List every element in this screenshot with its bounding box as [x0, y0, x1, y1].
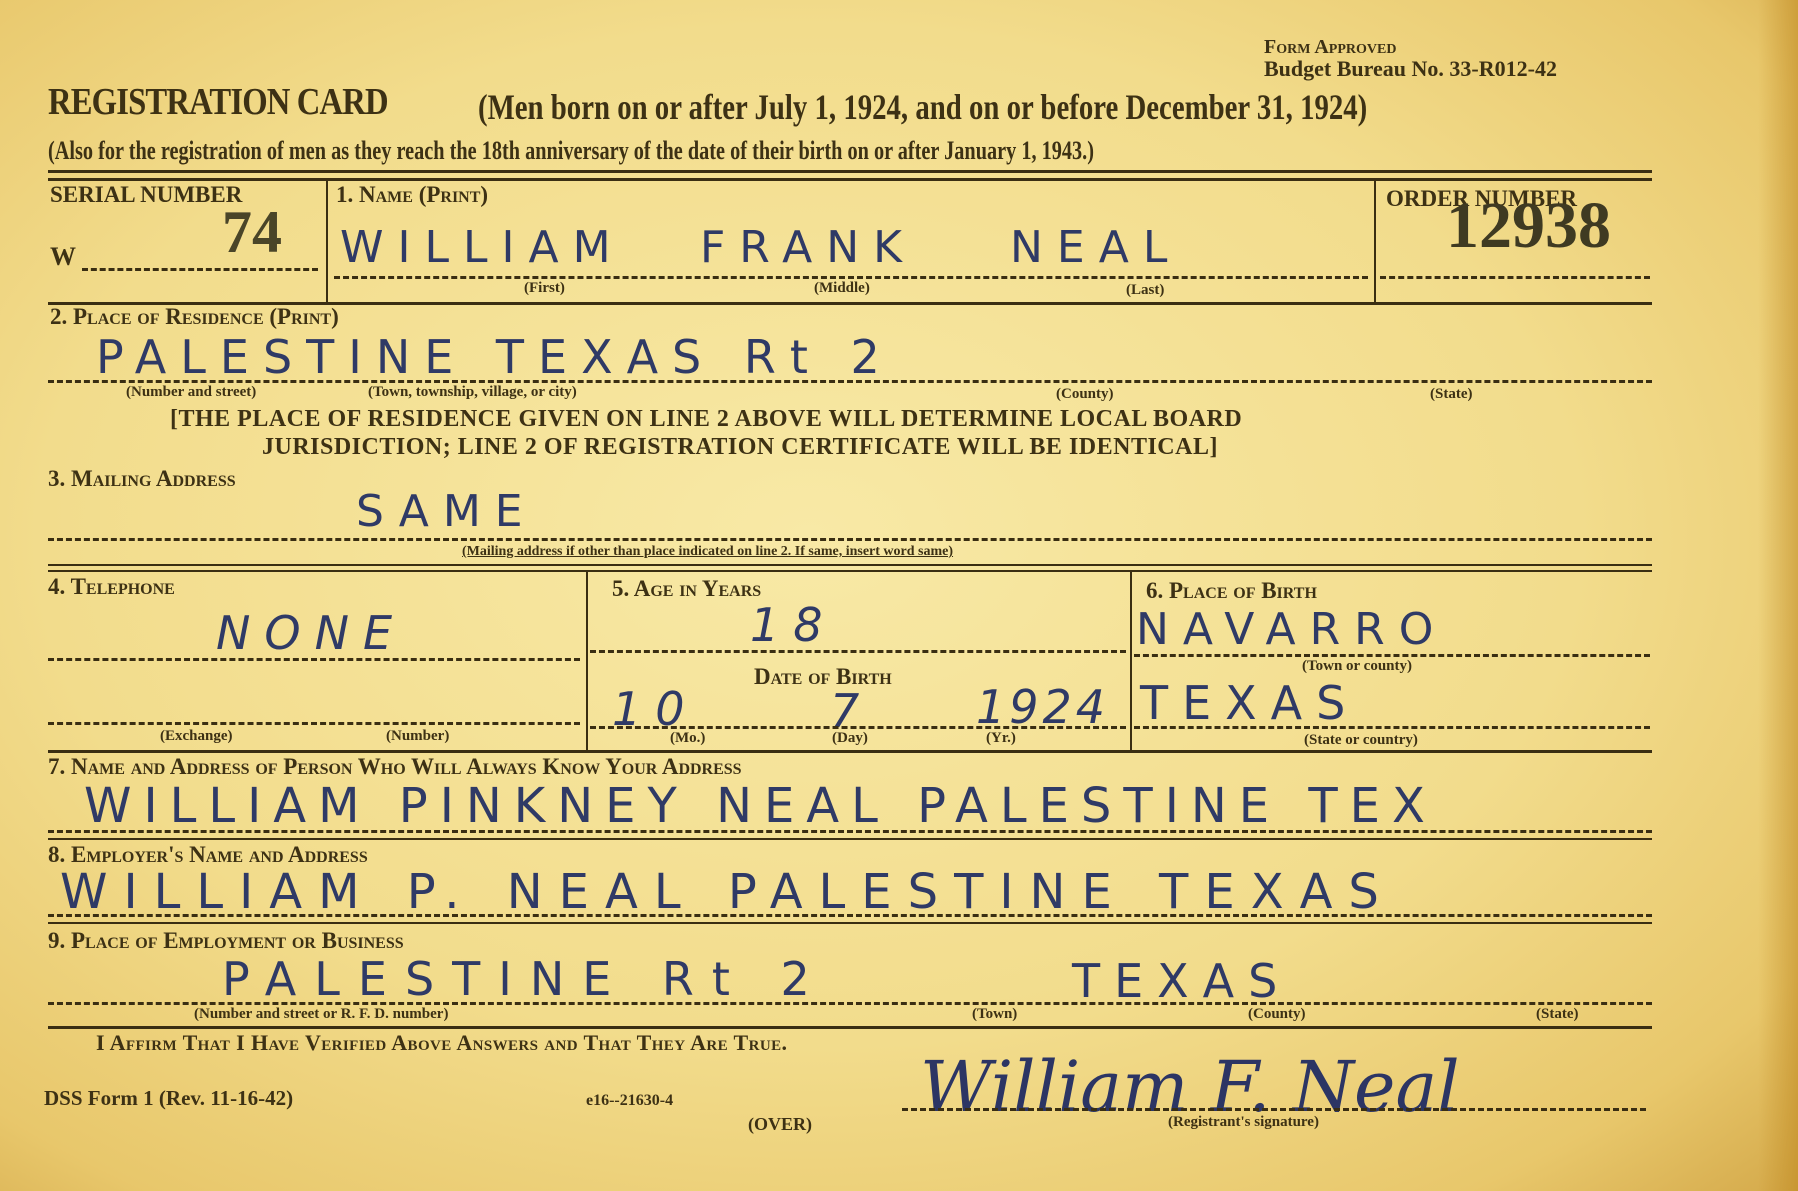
rule [48, 922, 1652, 924]
divider [1130, 572, 1132, 750]
name-label: 1. Name (Print) [336, 182, 488, 208]
telephone-line-2 [48, 722, 580, 725]
mailing-line [48, 538, 1652, 541]
serial-line [82, 268, 318, 271]
employment-place-label: 9. Place of Employment or Business [48, 928, 404, 954]
name-last-caption: (Last) [1126, 282, 1164, 299]
affirmation-text: I Affirm That I Have Verified Above Answ… [96, 1030, 787, 1056]
mailing-address-caption: (Mailing address if other than place ind… [462, 544, 953, 560]
employment-line [48, 1002, 1652, 1005]
rule [48, 570, 1652, 572]
eligibility-text: (Men born on or after July 1, 1924, and … [478, 86, 1367, 128]
name-first-value: WILLIAM [340, 222, 625, 273]
birth-town-line [1134, 654, 1650, 657]
birth-state-caption: (State or country) [1304, 732, 1418, 749]
budget-bureau-number: Budget Bureau No. 33-R012-42 [1264, 56, 1557, 82]
contact-person-label: 7. Name and Address of Person Who Will A… [48, 754, 742, 780]
name-last-value: NEAL [1010, 222, 1181, 273]
residence-label: 2. Place of Residence (Print) [50, 304, 339, 330]
divider [586, 572, 588, 750]
contact-line [48, 830, 1652, 833]
print-code: e16--21630-4 [586, 1092, 673, 1110]
residence-line [48, 380, 1652, 383]
residence-value: PALESTINE TEXAS Rt 2 [96, 330, 894, 384]
name-line [334, 276, 1368, 279]
dob-line [590, 726, 1126, 729]
dob-year-caption: (Yr.) [986, 730, 1016, 747]
serial-prefix: W [50, 242, 76, 272]
divider [1374, 178, 1376, 302]
card-title: REGISTRATION CARD [48, 80, 388, 124]
dob-month-caption: (Mo.) [670, 730, 705, 747]
employment-street-value: PALESTINE Rt 2 [222, 952, 828, 1006]
employment-state-caption: (State) [1536, 1006, 1578, 1023]
residence-town-caption: (Town, township, village, or city) [368, 384, 577, 401]
signature-caption: (Registrant's signature) [1168, 1114, 1319, 1131]
employer-line [48, 914, 1652, 917]
contact-person-value: WILLIAM PINKNEY NEAL PALESTINE TEX [84, 778, 1437, 834]
residence-notice-line2: JURISDICTION; LINE 2 OF REGISTRATION CER… [262, 434, 1218, 461]
birth-state-line [1134, 726, 1650, 729]
residence-street-caption: (Number and street) [126, 384, 256, 401]
age-line [590, 650, 1126, 653]
telephone-number-caption: (Number) [386, 728, 449, 745]
telephone-exchange-caption: (Exchange) [160, 728, 233, 745]
mailing-address-value: SAME [356, 486, 537, 537]
rule [48, 1026, 1652, 1029]
telephone-label: 4. Telephone [48, 574, 175, 600]
employment-state-value: TEXAS [1072, 954, 1291, 1008]
name-first-caption: (First) [524, 280, 565, 297]
form-id: DSS Form 1 (Rev. 11-16-42) [44, 1086, 293, 1111]
divider [326, 178, 328, 302]
rule [48, 170, 1652, 173]
telephone-value: NONE [216, 606, 406, 660]
employment-county-caption: (County) [1248, 1006, 1306, 1023]
rule [48, 564, 1652, 566]
telephone-line [48, 658, 580, 661]
age-label: 5. Age in Years [612, 576, 761, 602]
residence-county-caption: (County) [1056, 386, 1114, 403]
birth-town-caption: (Town or county) [1302, 658, 1412, 675]
also-for-text: (Also for the registration of men as the… [48, 136, 1094, 166]
employment-town-caption: (Town) [972, 1006, 1017, 1023]
birth-town-value: NAVARRO [1136, 604, 1447, 655]
serial-number-value: 74 [222, 198, 282, 267]
dob-day-caption: (Day) [832, 730, 868, 747]
over-note: (OVER) [748, 1114, 812, 1135]
serial-number-label: SERIAL NUMBER [50, 182, 242, 208]
place-of-birth-label: 6. Place of Birth [1146, 578, 1317, 604]
birth-state-value: TEXAS [1140, 676, 1359, 730]
registration-card: Form Approved Budget Bureau No. 33-R012-… [0, 0, 1798, 1191]
age-value: 18 [750, 598, 837, 652]
rule [48, 178, 1652, 181]
employment-street-caption: (Number and street or R. F. D. number) [194, 1006, 448, 1023]
rule [48, 750, 1652, 753]
employer-value: WILLIAM P. NEAL PALESTINE TEXAS [60, 864, 1395, 920]
order-number-value: 12938 [1446, 188, 1611, 264]
order-line [1380, 276, 1650, 279]
signature-line [902, 1108, 1646, 1111]
name-middle-value: FRANK [700, 222, 916, 273]
mailing-address-label: 3. Mailing Address [48, 466, 236, 492]
residence-notice-line1: [THE PLACE OF RESIDENCE GIVEN ON LINE 2 … [170, 406, 1242, 433]
rule [48, 838, 1652, 840]
residence-state-caption: (State) [1430, 386, 1472, 403]
name-middle-caption: (Middle) [814, 280, 870, 297]
